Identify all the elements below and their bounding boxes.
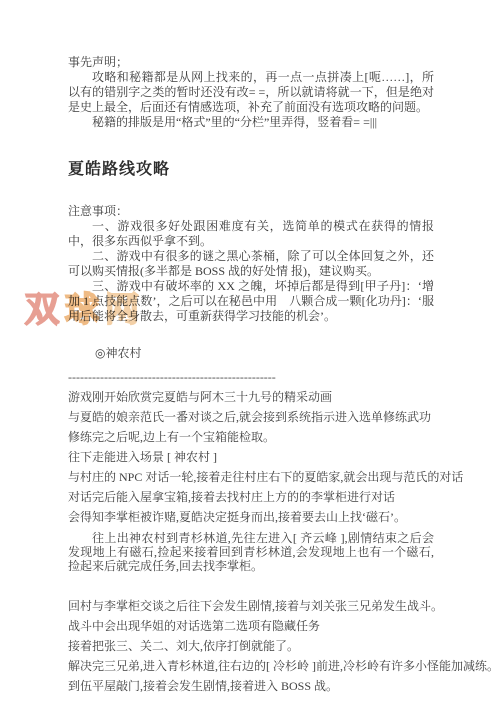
walkthrough-line: 修练完之后呢,边上有一个宝箱能检取。 xyxy=(68,431,434,444)
walkthrough-paragraph: 往上出神农村到青杉林道,先往左进入[ 齐云峰 ],剧情结束之后会发现地上有磁石,… xyxy=(68,531,434,573)
section-marker-shennong-village: ◎神农村 xyxy=(95,346,434,361)
document-page: 事先声明； 攻略和秘籍都是从网上找来的，再一点一点拼凑上[呃……]，所以有的错别… xyxy=(0,0,500,708)
note-item-1: 一、游戏很多好处跟困难度有关，选简单的模式在获得的情报中，很多东西似乎拿不到。 xyxy=(68,219,434,249)
walkthrough-line: 战斗中会出现华姐的对话选第二选项有隐藏任务 xyxy=(68,620,434,633)
walkthrough-line: 到伍平屋敲门,接着会发生剧情,接着进入 BOSS 战。 xyxy=(68,680,434,693)
walkthrough-line: 与村庄的 NPC 对话一轮,接着走往村庄右下的夏皓家,就会出现与范氏的对话 xyxy=(68,471,434,484)
dashed-divider: ----------------------------------------… xyxy=(68,371,434,383)
watermark-char: 双 xyxy=(25,291,65,329)
note-item-2: 二、游戏中有很多的谜之黑心茶桶，除了可以全体回复之外，还可以购买情报(多半都是 … xyxy=(68,249,434,279)
walkthrough-line: 回村与李掌柜交谈之后往下会发生剧情,接着与刘关张三兄弟发生战斗。 xyxy=(68,600,434,613)
walkthrough-line: 往下走能进入场景 [ 神农村 ] xyxy=(68,451,434,464)
walkthrough-line: 会得知李掌柜被诈赌,夏皓决定挺身而出,接着要去山上找‘磁石’。 xyxy=(68,511,434,524)
note-item-3: 三、游戏中有破坏率的 XX 之魄，坏掉后都是得到[甲子丹]：‘增加 1 点技能点… xyxy=(68,279,434,324)
walkthrough-line: 对话完后能入屋拿宝箱,接着去找村庄上方的的李掌柜进行对话 xyxy=(68,491,434,504)
walkthrough-line: 接着把张三、关二、刘大,依序打倒就能了。 xyxy=(68,640,434,653)
disclaimer-paragraph-1: 攻略和秘籍都是从网上找来的，再一点一点拼凑上[呃……]，所以有的错别字之类的暂时… xyxy=(68,70,434,115)
walkthrough-line: 游戏刚开始欣赏完夏皓与阿木三十九号的精采动画 xyxy=(68,391,434,404)
walkthrough-line: 与夏皓的娘亲范氏一番对谈之后,就会接到系统指示进入选单修练武功 xyxy=(68,411,434,424)
disclaimer-paragraph-2: 秘籍的排版是用“格式”里的“分栏”里弄得，竖着看= =||| xyxy=(68,115,434,130)
disclaimer-heading: 事先声明； xyxy=(68,55,434,70)
walkthrough-section: ◎神农村 -----------------------------------… xyxy=(68,346,434,693)
page-title: 夏皓路线攻略 xyxy=(68,156,434,179)
notes-heading: 注意事项： xyxy=(68,204,434,219)
walkthrough-line: 解决完三兄弟,进入青杉林道,往右边的[ 冷杉岭 ]前进,冷杉岭有许多小怪能加减练… xyxy=(68,660,434,673)
notes-section: 注意事项： 一、游戏很多好处跟困难度有关，选简单的模式在获得的情报中，很多东西似… xyxy=(68,204,434,324)
disclaimer-section: 事先声明； 攻略和秘籍都是从网上找来的，再一点一点拼凑上[呃……]，所以有的错别… xyxy=(68,55,434,130)
